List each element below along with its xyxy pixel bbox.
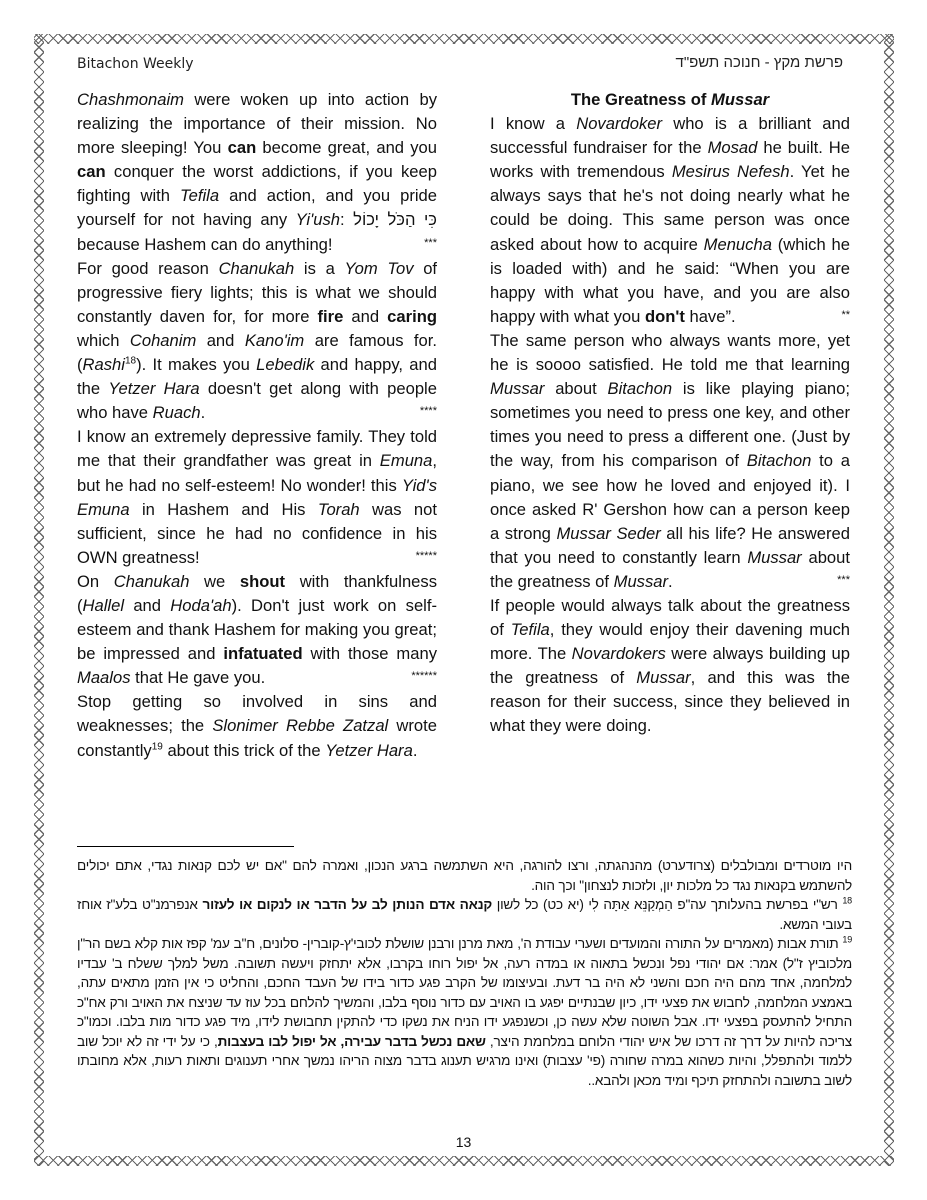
text-segment: and [124,596,170,615]
text-segment: that He gave you. [131,668,266,687]
text-segment: ). It makes you [136,355,256,374]
text-segment: don't [645,307,685,326]
text-segment: תורת אבות (מאמרים על התורה והמועדים ושער… [77,936,852,1049]
text-segment: Chashmonaim [77,90,184,109]
footnote-separator [77,846,294,847]
text-segment: Torah [318,500,360,519]
decorative-border-left [34,34,44,1166]
section-divider-stars: ** [841,305,850,325]
footnote-number: 18 [842,895,852,905]
text-segment: Bitachon [747,451,812,470]
decorative-border-top [34,34,894,44]
paragraph: I know an extremely depressive family. T… [77,425,437,570]
text-segment: רש"י בפרשת בהעלותך עה"פ הַמְקַנֵּא אַתָּ… [492,897,838,912]
text-segment: Tefila [180,186,219,205]
text-segment: Chanukah [219,259,295,278]
text-segment: קנאה אדם הנותן לב על הדבר או לנקום או לע… [202,897,492,912]
text-segment: and [343,307,387,326]
footnote: 18 רש"י בפרשת בהעלותך עה"פ הַמְקַנֵּא אַ… [77,895,852,934]
text-segment: Mosad [708,138,758,157]
text-segment: The same person who always wants more, y… [490,331,850,374]
text-segment: is a [294,259,344,278]
text-segment: in Hashem and His [130,500,318,519]
text-segment: Kano'im [245,331,304,350]
text-segment: שאם נכשל בדבר עבירה, אל יפול לבו בעצבות [218,1034,486,1049]
section-divider-stars: ****** [411,666,437,686]
text-segment: : [340,210,353,229]
right-column-body: I know a Novardoker who is a brilliant a… [490,112,850,738]
text-segment: infatuated [223,644,302,663]
text-segment: Hoda'ah [170,596,231,615]
text-segment: Mussar [614,572,668,591]
text-segment: Menucha [704,235,772,254]
text-segment: Novardoker [576,114,662,133]
text-segment: can [228,138,257,157]
section-divider-stars: ***** [416,546,437,566]
paragraph: For good reason Chanukah is a Yom Tov of… [77,257,437,426]
text-segment: Novardokers [572,644,666,663]
page-number: 13 [0,1134,927,1150]
section-divider-stars: *** [837,570,850,590]
footnote-number: 19 [842,934,852,944]
footnote: 19 תורת אבות (מאמרים על התורה והמועדים ו… [77,934,852,1090]
text-segment: On [77,572,114,591]
text-segment: Mussar [490,379,544,398]
right-column: The Greatness of Mussar I know a Novardo… [490,88,850,739]
text-segment: Lebedik [256,355,314,374]
text-segment: . [201,403,206,422]
paragraph: I know a Novardoker who is a brilliant a… [490,112,850,329]
text-segment: Mussar Seder [556,524,660,543]
text-segment: shout [240,572,285,591]
text-segment: היו מוטרדים ומבולבלים (צרודערט) מהנהגתה,… [77,858,852,893]
parsha-header: פרשת מקץ - חנוכה תשפ"ד [676,54,844,71]
text-segment: Tefila [511,620,550,639]
text-segment: Yom Tov [344,259,413,278]
text-segment: fire [318,307,344,326]
publication-title: Bitachon Weekly [77,56,194,72]
text-segment: . [668,572,673,591]
text-segment: . [413,741,418,760]
text-segment: Mesirus Nefesh [672,162,790,181]
text-segment: because Hashem can do anything! [77,235,333,254]
section-divider-stars: **** [420,401,437,421]
decorative-border-right [884,34,894,1166]
text-segment: become great, and you [256,138,437,157]
text-segment: Mussar [636,668,690,687]
text-segment: we [189,572,239,591]
text-segment: Mussar [747,548,801,567]
paragraph: The same person who always wants more, y… [490,329,850,594]
section-title: The Greatness of Mussar [490,88,850,112]
text-segment: כִּי הַכֹּל יָכוֹל [353,210,437,229]
text-segment: about this trick of the [163,741,325,760]
text-segment: Ruach [153,403,201,422]
footnote-ref: 19 [152,741,163,752]
text-segment: Maalos [77,668,131,687]
text-segment: Yetzer Hara [325,741,413,760]
footnote-ref: 18 [125,356,136,367]
text-segment: Emuna [380,451,433,470]
text-segment: can [77,162,106,181]
text-segment: have”. [685,307,736,326]
text-segment: For good reason [77,259,219,278]
paragraph: Chashmonaim were woken up into action by… [77,88,437,257]
text-segment: Slonimer Rebbe Zatzal [212,716,388,735]
decorative-border-bottom [34,1156,894,1166]
paragraph: On Chanukah we shout with thankfulness (… [77,570,437,690]
text-segment: Yi'ush [296,210,340,229]
footnote: היו מוטרדים ומבולבלים (צרודערט) מהנהגתה,… [77,856,852,895]
text-segment: I know a [490,114,576,133]
text-segment: Chanukah [114,572,190,591]
paragraph: If people would always talk about the gr… [490,594,850,739]
text-segment: Rashi [83,355,125,374]
text-segment: caring [387,307,437,326]
text-segment: about [544,379,607,398]
text-segment: with those many [303,644,437,663]
text-segment: which [77,331,130,350]
text-segment: and [196,331,245,350]
paragraph: Stop getting so involved in sins and wea… [77,690,437,762]
text-segment: Hallel [83,596,125,615]
section-divider-stars: *** [424,233,437,253]
footnotes: היו מוטרדים ומבולבלים (צרודערט) מהנהגתה,… [77,856,852,1090]
text-segment: Cohanim [130,331,196,350]
text-segment: Bitachon [608,379,673,398]
left-column: Chashmonaim were woken up into action by… [77,88,437,763]
text-segment: Yetzer Hara [108,379,199,398]
